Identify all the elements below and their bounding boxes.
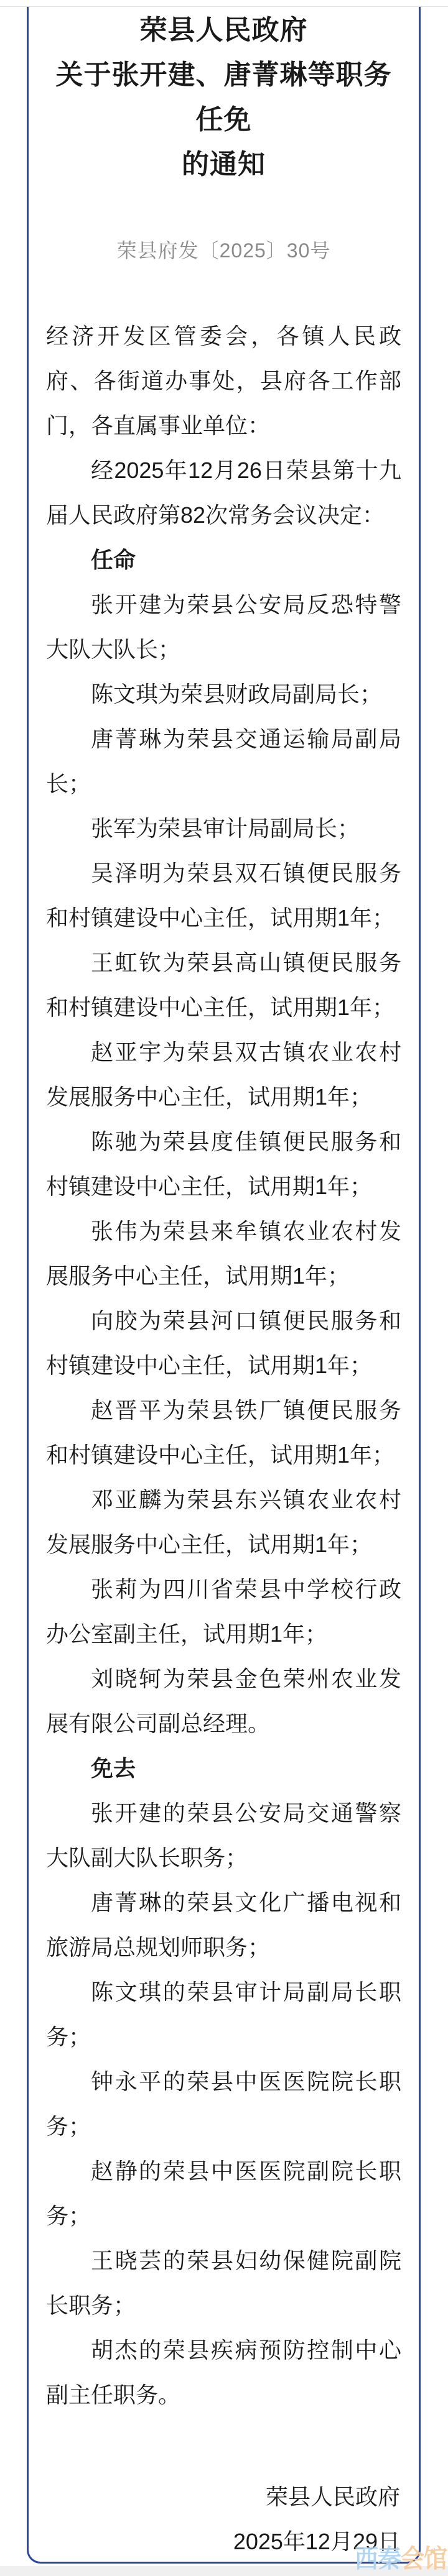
watermark-part-orange: 会馆 bbox=[401, 2545, 447, 2573]
title-line-1: 荣县人民政府 bbox=[46, 8, 401, 53]
appointment-item: 赵晋平为荣县铁厂镇便民服务和村镇建设中心主任，试用期1年； bbox=[46, 1388, 401, 1478]
issuing-authority-signature: 荣县人民政府 bbox=[46, 2475, 401, 2519]
removal-item: 唐菁琳的荣县文化广播电视和旅游局总规划师职务； bbox=[46, 1880, 401, 1970]
appointment-item: 吴泽明为荣县双石镇便民服务和村镇建设中心主任，试用期1年； bbox=[46, 851, 401, 941]
removal-item: 王晓芸的荣县妇幼保健院副院长职务； bbox=[46, 2238, 401, 2328]
removal-item: 赵静的荣县中医医院副院长职务； bbox=[46, 2149, 401, 2238]
appointment-item: 陈文琪为荣县财政局副局长； bbox=[46, 672, 401, 717]
paragraph-salutation: 经济开发区管委会，各镇人民政府、各街道办事处，县府各工作部门，各直属事业单位： bbox=[46, 314, 401, 448]
notice-card: 荣县人民政府 关于张开建、唐菁琳等职务任免 的通知 荣县府发〔2025〕30号 … bbox=[27, 7, 421, 2564]
appointment-item: 王虹钦为荣县高山镇便民服务和村镇建设中心主任，试用期1年； bbox=[46, 941, 401, 1030]
removal-item: 张开建的荣县公安局交通警察大队副大队长职务； bbox=[46, 1791, 401, 1880]
notice-body: 经济开发区管委会，各镇人民政府、各街道办事处，县府各工作部门，各直属事业单位： … bbox=[46, 314, 401, 2417]
notice-title: 荣县人民政府 关于张开建、唐菁琳等职务任免 的通知 bbox=[46, 8, 401, 187]
appointment-item: 张军为荣县审计局副局长； bbox=[46, 806, 401, 851]
appointment-item: 唐菁琳为荣县交通运输局副局长； bbox=[46, 717, 401, 806]
removal-item: 钟永平的荣县中医医院院长职务； bbox=[46, 2059, 401, 2149]
removal-item: 胡杰的荣县疾病预防控制中心副主任职务。 bbox=[46, 2328, 401, 2417]
appointment-item: 邓亚麟为荣县东兴镇农业农村发展服务中心主任，试用期1年； bbox=[46, 1478, 401, 1567]
document-number: 荣县府发〔2025〕30号 bbox=[46, 228, 401, 273]
paragraph-meeting-decision: 经2025年12月26日荣县第十九届人民政府第82次常务会议决定： bbox=[46, 448, 401, 538]
appointment-item: 张莉为四川省荣县中学校行政办公室副主任，试用期1年； bbox=[46, 1567, 401, 1657]
appointment-item: 张伟为荣县来牟镇农业农村发展服务中心主任，试用期1年； bbox=[46, 1209, 401, 1299]
appointment-item: 陈驰为荣县度佳镇便民服务和村镇建设中心主任，试用期1年； bbox=[46, 1120, 401, 1209]
section-heading-removals: 免去 bbox=[46, 1746, 401, 1791]
title-line-2: 关于张开建、唐菁琳等职务任免 bbox=[46, 53, 401, 142]
site-watermark: 西秦会馆 bbox=[355, 2544, 447, 2575]
watermark-part-blue: 西秦 bbox=[355, 2545, 401, 2573]
removal-item: 陈文琪的荣县审计局副局长职务； bbox=[46, 1970, 401, 2059]
appointment-item: 向胶为荣县河口镇便民服务和村镇建设中心主任，试用期1年； bbox=[46, 1299, 401, 1388]
page: 荣县人民政府 关于张开建、唐菁琳等职务任免 的通知 荣县府发〔2025〕30号 … bbox=[0, 0, 448, 2576]
appointment-item: 刘晓轲为荣县金色荣州农业发展有限公司副总经理。 bbox=[46, 1657, 401, 1746]
appointment-item: 张开建为荣县公安局反恐特警大队大队长； bbox=[46, 582, 401, 672]
title-line-3: 的通知 bbox=[46, 142, 401, 187]
issue-date: 2025年12月29日 bbox=[46, 2519, 401, 2564]
section-heading-appointments: 任命 bbox=[46, 538, 401, 582]
appointment-item: 赵亚宇为荣县双古镇农业农村发展服务中心主任，试用期1年； bbox=[46, 1030, 401, 1120]
